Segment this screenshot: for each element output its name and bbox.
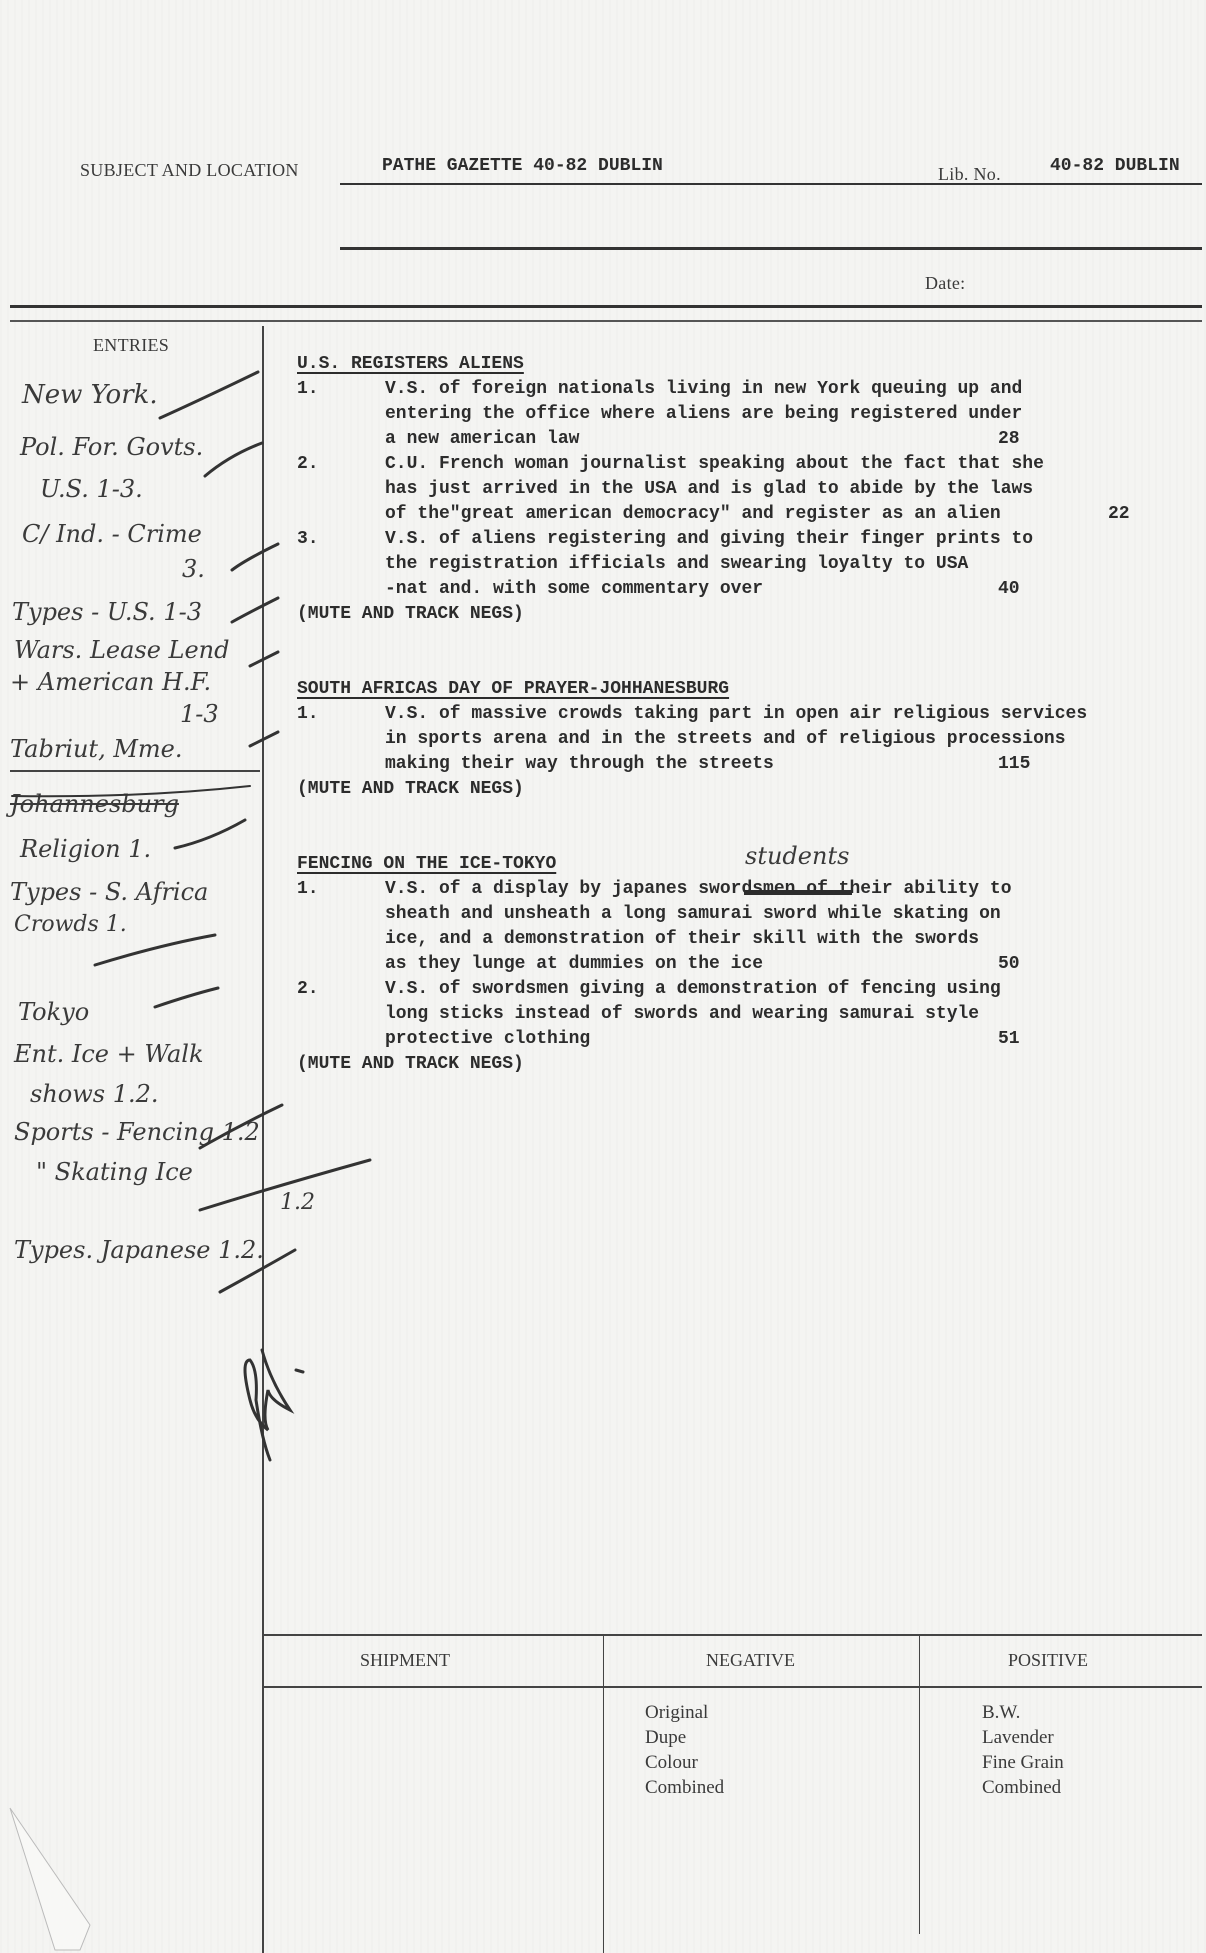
positive-option-bw: B.W. (982, 1700, 1064, 1725)
negative-header: NEGATIVE (706, 1650, 795, 1671)
folded-corner (10, 1808, 90, 1950)
positive-option-fine-grain: Fine Grain (982, 1750, 1064, 1775)
negative-option-original: Original (645, 1700, 724, 1725)
negative-options: Original Dupe Colour Combined (645, 1700, 724, 1800)
footer-divider-1 (603, 1634, 604, 1953)
negative-option-dupe: Dupe (645, 1725, 724, 1750)
positive-option-lavender: Lavender (982, 1725, 1064, 1750)
negative-option-combined: Combined (645, 1775, 724, 1800)
shipment-header: SHIPMENT (360, 1650, 450, 1671)
footer-table-header-rule (262, 1686, 1202, 1688)
positive-option-combined: Combined (982, 1775, 1064, 1800)
footer-divider-2 (919, 1634, 920, 1934)
negative-option-colour: Colour (645, 1750, 724, 1775)
positive-header: POSITIVE (1008, 1650, 1088, 1671)
positive-options: B.W. Lavender Fine Grain Combined (982, 1700, 1064, 1800)
initials-mark (245, 1350, 303, 1460)
footer-table-top (262, 1634, 1202, 1636)
